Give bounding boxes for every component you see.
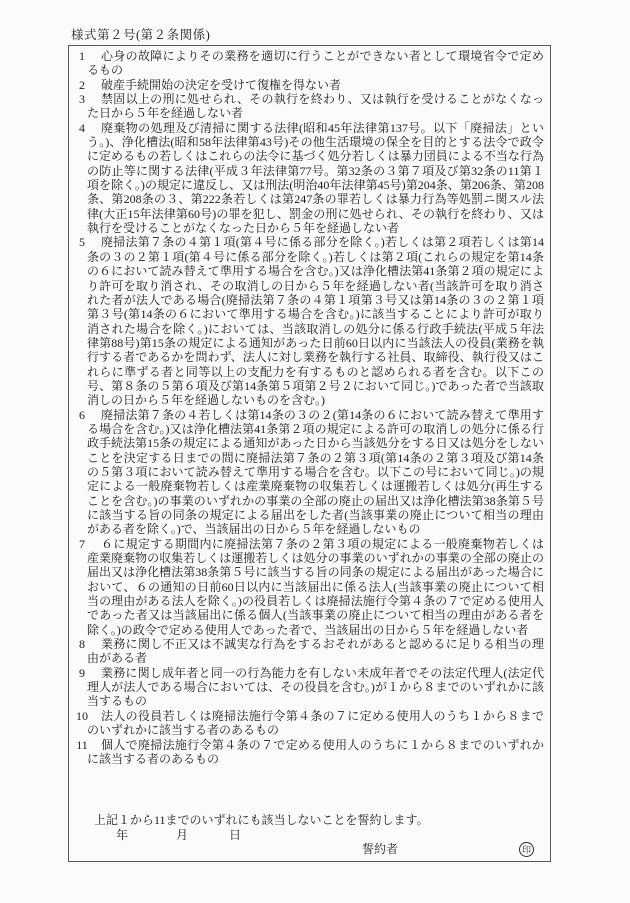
item-number: 1 <box>69 49 95 63</box>
year-label: 年 <box>116 828 128 842</box>
form-number-label: 様式第２号(第２条関係) <box>71 25 210 43</box>
item-text: 廃掃法第７条の４若しくは第14条の３の２(第14条の６において読み替えて準用する… <box>87 408 544 537</box>
item-text: 心身の故障によりその業務を適切に行うことができない者として環境省令で定めるもの <box>87 49 544 78</box>
item-number: 8 <box>69 637 95 651</box>
item-number: 2 <box>69 78 95 92</box>
item-number: 5 <box>69 235 95 249</box>
legal-item: 11 個人で廃掃法施行令第４条の７で定める使用人のうちに１から８までのいずれかに… <box>69 738 544 767</box>
legal-item: 10 法人の役員若しくは廃掃法施行令第４条の７に定める使用人のうち１から８までの… <box>69 709 544 738</box>
month-label: 月 <box>176 828 188 842</box>
item-number: 6 <box>69 408 95 422</box>
disqualification-criteria-box: 1 心身の故障によりその業務を適切に行うことができない者として環境省令で定めるも… <box>68 45 551 862</box>
signer-label: 誓約者 <box>362 842 398 856</box>
item-number: 4 <box>69 121 95 135</box>
legal-item: 7 ６に規定する期間内に廃掃法第７条の２第３項の規定による一般廃棄物若しくは産業… <box>69 537 544 637</box>
oath-form-page: 様式第２号(第２条関係) 1 心身の故障によりその業務を適切に行うことができない… <box>0 0 630 903</box>
pledge-statement: 上記１から11までのいずれにも該当しないことを誓約します。 <box>69 813 546 827</box>
item-text: 廃棄物の処理及び清掃に関する法律(昭和45年法律第137号。以下「廃掃法」という… <box>87 121 544 236</box>
item-text: 破産手続開始の決定を受けて復権を得ない者 <box>87 78 544 92</box>
item-text: 禁固以上の刑に処せられ、その執行を終わり、又は執行を受けることがなくなった日から… <box>87 92 544 121</box>
legal-item: 1 心身の故障によりその業務を適切に行うことができない者として環境省令で定めるも… <box>69 49 544 78</box>
seal-mark: 印 <box>519 842 534 857</box>
legal-item: 6 廃掃法第７条の４若しくは第14条の３の２(第14条の６において読み替えて準用… <box>69 408 544 537</box>
signer-line: 誓約者 印 <box>69 842 546 858</box>
item-text: 業務に関し成年者と同一の行為能力を有しない未成年者でその法定代理人(法定代理人が… <box>87 666 544 709</box>
legal-item: 5 廃掃法第７条の４第１項(第４号に係る部分を除く。)若しくは第２項若しくは第1… <box>69 235 544 407</box>
item-text: ６に規定する期間内に廃掃法第７条の２第３項の規定による一般廃棄物若しくは産業廃棄… <box>87 537 544 637</box>
day-label: 日 <box>229 828 241 842</box>
item-number: 7 <box>69 537 95 551</box>
pledge-section: 上記１から11までのいずれにも該当しないことを誓約します。 年月日 誓約者 印 <box>69 813 546 858</box>
legal-item: 3 禁固以上の刑に処せられ、その執行を終わり、又は執行を受けることがなくなった日… <box>69 92 544 121</box>
item-text: 業務に関し不正又は不誠実な行為をするおそれがあると認めるに足りる相当の理由がある… <box>87 637 544 666</box>
item-number: 3 <box>69 92 95 106</box>
criteria-list: 1 心身の故障によりその業務を適切に行うことができない者として環境省令で定めるも… <box>69 49 544 766</box>
item-text: 法人の役員若しくは廃掃法施行令第４条の７に定める使用人のうち１から８までのいずれ… <box>87 709 544 738</box>
item-number: 11 <box>69 738 95 752</box>
legal-item: 8 業務に関し不正又は不誠実な行為をするおそれがあると認めるに足りる相当の理由が… <box>69 637 544 666</box>
legal-item: 4 廃棄物の処理及び清掃に関する法律(昭和45年法律第137号。以下「廃掃法」と… <box>69 121 544 236</box>
item-number: 9 <box>69 666 95 680</box>
item-text: 廃掃法第７条の４第１項(第４号に係る部分を除く。)若しくは第２項若しくは第14条… <box>87 235 544 407</box>
legal-item: 9 業務に関し成年者と同一の行為能力を有しない未成年者でその法定代理人(法定代理… <box>69 666 544 709</box>
item-number: 10 <box>69 709 95 723</box>
date-line: 年月日 <box>69 828 546 842</box>
item-text: 個人で廃掃法施行令第４条の７で定める使用人のうちに１から８までのいずれかに該当す… <box>87 738 544 767</box>
legal-item: 2 破産手続開始の決定を受けて復権を得ない者 <box>69 78 544 92</box>
